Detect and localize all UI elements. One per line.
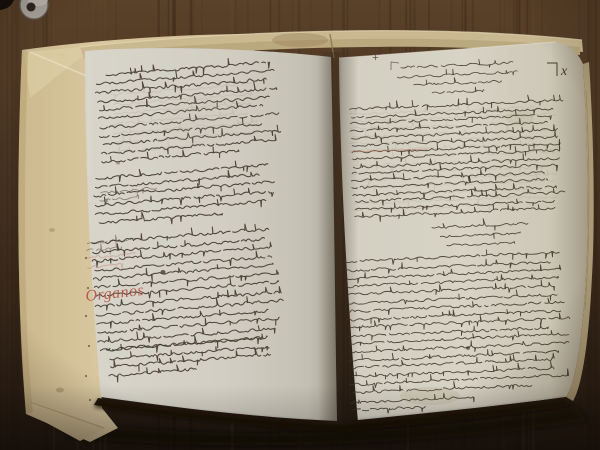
bottom-darkening	[0, 385, 600, 450]
manuscript-photo: Organos x +	[0, 0, 600, 450]
manuscript-scene: Organos x +	[0, 0, 600, 450]
vignette	[0, 0, 600, 450]
